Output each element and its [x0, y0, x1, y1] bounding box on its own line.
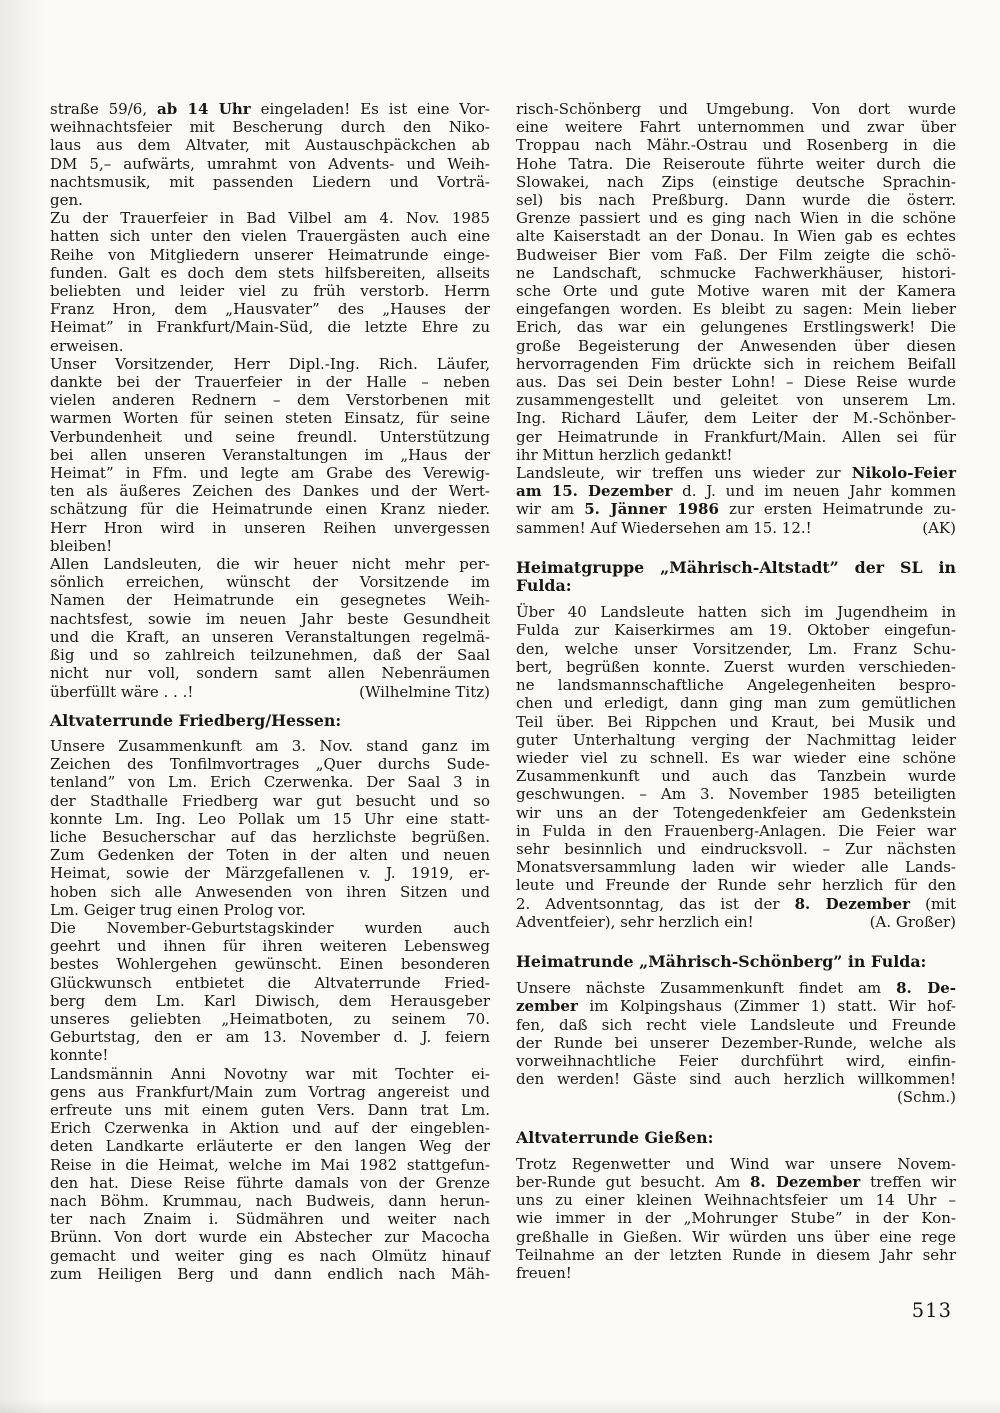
- scan-shadow-left: [0, 0, 46, 1413]
- section-heading: Heimatrunde „Mährisch-Schönberg” in Fuld…: [516, 953, 956, 971]
- text-line: Heimat” in Frankfurt/Main-Süd, die letzt…: [50, 318, 490, 336]
- text-line: nach Böhm. Krummau, nach Budweis, dann h…: [50, 1192, 490, 1210]
- text-line: sehr besinnlich und eindrucksvoll. – Zur…: [516, 840, 956, 858]
- text-line: Brünn. Von dort wurde ein Abstecher zur …: [50, 1228, 490, 1246]
- text-line: Zu der Trauerfeier in Bad Vilbel am 4. N…: [50, 209, 490, 227]
- page-number: 513: [912, 1299, 952, 1322]
- text-line: erfreute uns mit einem guten Vers. Dann …: [50, 1101, 490, 1119]
- text-line: und die Kraft, an unseren Veranstaltunge…: [50, 628, 490, 646]
- text-line: Hohe Tatra. Die Reiseroute führte weiter…: [516, 155, 956, 173]
- text-line: ger Heimatrunde in Frankfurt/Main. Allen…: [516, 428, 956, 446]
- text-line: den werden! Gäste sind auch herzlich wil…: [516, 1070, 956, 1088]
- text-line: überfüllt wäre . . .!(Wilhelmine Titz): [50, 683, 490, 701]
- text-line: Teil über. Bei Rippchen und Kraut, bei M…: [516, 713, 956, 731]
- text-line: DM 5,– aufwärts, umrahmt von Advents- un…: [50, 155, 490, 173]
- signature: (AK): [922, 519, 956, 537]
- text-line: wir am 5. Jänner 1986 zur ersten Heimatr…: [516, 500, 956, 518]
- text-line: wie immer in der „Mohrunger Stube” in de…: [516, 1209, 956, 1227]
- text-line: tenland” von Lm. Erich Czerwenka. Der Sa…: [50, 773, 490, 791]
- text-line: Trotz Regenwetter und Wind war unsere No…: [516, 1155, 956, 1173]
- text-line: Reihe von Mitgliedern unserer Heimatrund…: [50, 246, 490, 264]
- text-line: aus. Das sei Dein bester Lohn! – Diese R…: [516, 373, 956, 391]
- text-line: vielen anderen Rednern – dem Verstorbene…: [50, 391, 490, 409]
- text-line: sche Orte und gute Motive waren mit der …: [516, 282, 956, 300]
- text-line: chen und erledigt, dann ging man zum gem…: [516, 694, 956, 712]
- text-line: freuen!: [516, 1264, 956, 1282]
- text-line: gen.: [50, 191, 490, 209]
- paragraph: Unsere nächste Zusammenkunft findet am 8…: [516, 979, 956, 1106]
- paragraph: Über 40 Landsleute hatten sich im Jugend…: [516, 603, 956, 931]
- text-line: ihr Mittun herzlich gedankt!: [516, 446, 956, 464]
- text-line: Verbundenheit und seine freundl. Unterst…: [50, 428, 490, 446]
- text-line: den, welche unser Vorsitzender, Lm. Fran…: [516, 640, 956, 658]
- text-line: geschwungen. – Am 3. November 1985 betei…: [516, 785, 956, 803]
- paragraph: straße 59/6, ab 14 Uhr eingeladen! Es is…: [50, 100, 490, 209]
- text-line: Zum Gedenken der Toten in der alten und …: [50, 846, 490, 864]
- text-line: Reise in die Heimat, welche im Mai 1982 …: [50, 1156, 490, 1174]
- line-text: überfüllt wäre . . .!: [50, 683, 193, 701]
- text-line: zember im Kolpingshaus (Zimmer 1) statt.…: [516, 997, 956, 1015]
- text-line: erweisen.: [50, 337, 490, 355]
- text-line: hervorragenden Fim drückte sich in reich…: [516, 355, 956, 373]
- text-line: unseres geliebten „Heimatboten, zu seine…: [50, 1010, 490, 1028]
- text-line: Heimatgruppe „Mährisch-Altstadt” der SL …: [516, 559, 956, 577]
- text-line: greßhalle in Gießen. Wir würden uns über…: [516, 1228, 956, 1246]
- text-line: liche Besucherschar auf das herzlichste …: [50, 828, 490, 846]
- text-line: Über 40 Landsleute hatten sich im Jugend…: [516, 603, 956, 621]
- line-text: Adventfeier), sehr herzlich ein!: [516, 913, 754, 931]
- text-line: Grenze passiert und es ging nach Wien in…: [516, 209, 956, 227]
- text-line: schätzung für die Heimatrunde einen Kran…: [50, 500, 490, 518]
- text-line: ne landsmannschaftliche Angelegenheiten …: [516, 676, 956, 694]
- text-line: eingefangen worden. Es bleibt zu sagen: …: [516, 300, 956, 318]
- text-line: Geburtstag, den er am 13. November d. J.…: [50, 1028, 490, 1046]
- section-heading: Heimatgruppe „Mährisch-Altstadt” der SL …: [516, 559, 956, 595]
- text-line: Erich, das war ein gelungenes Erstlingsw…: [516, 318, 956, 336]
- text-line: der Stadthalle Friedberg war gut besucht…: [50, 792, 490, 810]
- text-line: bleiben!: [50, 537, 490, 555]
- paragraph: Allen Landsleuten, die wir heuer nicht m…: [50, 555, 490, 701]
- text-line: fen, daß sich recht viele Landsleute und…: [516, 1016, 956, 1034]
- text-line: Glückwunsch entbietet die Altvaterrunde …: [50, 974, 490, 992]
- text-line: wir uns an der Totengedenkfeier am Geden…: [516, 804, 956, 822]
- text-line: Fulda:: [516, 577, 956, 595]
- text-line: gens aus Frankfurt/Main zum Vortrag ange…: [50, 1083, 490, 1101]
- text-line: weihnachtsfeier mit Bescherung durch den…: [50, 118, 490, 136]
- paragraph: Unsere Zusammenkunft am 3. Nov. stand ga…: [50, 737, 490, 919]
- text-line: Altvaterrunde Gießen:: [516, 1129, 956, 1147]
- text-line: straße 59/6, ab 14 Uhr eingeladen! Es is…: [50, 100, 490, 118]
- text-line: laus aus dem Altvater, mit Austauschpäck…: [50, 136, 490, 154]
- text-line: Adventfeier), sehr herzlich ein!(A. Groß…: [516, 913, 956, 931]
- text-line: Zeichen des Tonfilmvortrages „Quer durch…: [50, 755, 490, 773]
- paragraph: Die November-Geburtstagskinder wurden au…: [50, 919, 490, 1065]
- paragraph: Unser Vorsitzender, Herr Dipl.-Ing. Rich…: [50, 355, 490, 555]
- text-line: bestes Wohlergehen gewünscht. Einen beso…: [50, 955, 490, 973]
- text-line: uns zu einer kleinen Weihnachtsfeier um …: [516, 1191, 956, 1209]
- text-line: guter Unterhaltung verging der Nachmitta…: [516, 731, 956, 749]
- text-line: Troppau nach Mähr.-Ostrau und Rosenberg …: [516, 136, 956, 154]
- text-line: Monatsversammlung laden wir wieder alle …: [516, 858, 956, 876]
- text-line: Herr Hron wird in unseren Reihen unverge…: [50, 519, 490, 537]
- text-line: wieder viel zu schnell. Es war wieder ei…: [516, 749, 956, 767]
- text-line: Zusammenkunft und auch das Tanzbein wurd…: [516, 767, 956, 785]
- text-line: hoben sich alle Anwesenden von ihren Sit…: [50, 883, 490, 901]
- text-line: ter nach Znaim i. Südmähren und weiter n…: [50, 1210, 490, 1228]
- text-line: (Schm.): [516, 1088, 956, 1106]
- section-heading: Altvaterrunde Gießen:: [516, 1129, 956, 1147]
- text-line: berg dem Lm. Karl Diwisch, dem Herausgeb…: [50, 992, 490, 1010]
- left-column: straße 59/6, ab 14 Uhr eingeladen! Es is…: [50, 100, 490, 1283]
- text-line: nachtsmusik, mit passenden Liedern und V…: [50, 173, 490, 191]
- text-line: Altvaterrunde Friedberg/Hessen:: [50, 712, 490, 730]
- text-line: ßig und so zahlreich teilzunehmen, daß d…: [50, 646, 490, 664]
- text-columns: straße 59/6, ab 14 Uhr eingeladen! Es is…: [50, 100, 956, 1283]
- paragraph: risch-Schönberg und Umgebung. Von dort w…: [516, 100, 956, 464]
- signature: (Schm.): [897, 1088, 956, 1106]
- text-line: zum Heiligen Berg und dann endlich nach …: [50, 1265, 490, 1283]
- text-line: vorweihnachtliche Feier durchführt wird,…: [516, 1052, 956, 1070]
- signature: (A. Großer): [870, 913, 956, 931]
- text-line: ten als äußeres Zeichen des Dankes und d…: [50, 482, 490, 500]
- text-line: Fulda zur Kaiserkirmes am 19. Oktober ei…: [516, 621, 956, 639]
- text-line: alte Kaiserstadt an der Donau. In Wien g…: [516, 227, 956, 245]
- text-line: Slowakei, nach Zips (einstige deutsche S…: [516, 173, 956, 191]
- text-line: funden. Galt es doch dem stets hilfsbere…: [50, 264, 490, 282]
- text-line: bert, begrüßen konnte. Zuerst wurden ver…: [516, 658, 956, 676]
- scan-shadow-bottom: [0, 1399, 1000, 1413]
- text-line: Unser Vorsitzender, Herr Dipl.-Ing. Rich…: [50, 355, 490, 373]
- text-line: den hat. Diese Reise führte damals von d…: [50, 1174, 490, 1192]
- text-line: Budweiser Bier vom Faß. Der Film zeigte …: [516, 246, 956, 264]
- text-line: nachtsfest, sowie im neuen Jahr beste Ge…: [50, 610, 490, 628]
- text-line: Unsere nächste Zusammenkunft findet am 8…: [516, 979, 956, 997]
- text-line: leute und Freunde der Runde sehr herzlic…: [516, 876, 956, 894]
- paragraph: Trotz Regenwetter und Wind war unsere No…: [516, 1155, 956, 1282]
- text-line: Ing. Richard Läufer, dem Leiter der M.-S…: [516, 409, 956, 427]
- text-line: gemacht und weiter ging es nach Olmütz h…: [50, 1247, 490, 1265]
- text-line: der Runde bei unserer Dezember-Runde, we…: [516, 1034, 956, 1052]
- text-line: nicht nur voll, sondern samt allen Neben…: [50, 664, 490, 682]
- text-line: sel) bis nach Preßburg. Dann wurde die ö…: [516, 191, 956, 209]
- text-line: am 15. Dezember d. J. und im neuen Jahr …: [516, 482, 956, 500]
- paragraph: Landsleute, wir treffen uns wieder zur N…: [516, 464, 956, 537]
- text-line: Allen Landsleuten, die wir heuer nicht m…: [50, 555, 490, 573]
- text-line: in Fulda in den Frauenberg-Anlagen. Die …: [516, 822, 956, 840]
- text-line: Heimatrunde „Mährisch-Schönberg” in Fuld…: [516, 953, 956, 971]
- text-line: Die November-Geburtstagskinder wurden au…: [50, 919, 490, 937]
- text-line: Erich Czerwenka in Aktion und auf der ei…: [50, 1119, 490, 1137]
- text-line: Teilnahme an der letzten Runde in diesem…: [516, 1246, 956, 1264]
- text-line: Unsere Zusammenkunft am 3. Nov. stand ga…: [50, 737, 490, 755]
- text-line: geehrt und ihnen für ihren weiteren Lebe…: [50, 937, 490, 955]
- section-heading: Altvaterrunde Friedberg/Hessen:: [50, 712, 490, 730]
- text-line: deten Landkarte erläuterte er den langen…: [50, 1137, 490, 1155]
- text-line: warmen Worten für seinen steten Einsatz,…: [50, 409, 490, 427]
- text-line: hatten sich unter den vielen Trauergäste…: [50, 227, 490, 245]
- line-text: sammen! Auf Wiedersehen am 15. 12.!: [516, 519, 812, 537]
- text-line: Heimat” in Ffm. und legte am Grabe des V…: [50, 464, 490, 482]
- text-line: konnte Lm. Ing. Leo Pollak um 15 Uhr ein…: [50, 810, 490, 828]
- text-line: sönlich erreichen, wünscht der Vorsitzen…: [50, 573, 490, 591]
- text-line: eine weitere Fahrt unternommen und zwar …: [516, 118, 956, 136]
- text-line: Namen der Heimatrunde ein gesegnetes Wei…: [50, 591, 490, 609]
- text-line: Franz Hron, dem „Hausvater” des „Hauses …: [50, 300, 490, 318]
- text-line: zusammengestellt und geleitet von unsere…: [516, 391, 956, 409]
- text-line: Landsmännin Anni Novotny war mit Tochter…: [50, 1065, 490, 1083]
- text-line: risch-Schönberg und Umgebung. Von dort w…: [516, 100, 956, 118]
- signature: (Wilhelmine Titz): [359, 683, 490, 701]
- text-line: konnte!: [50, 1046, 490, 1064]
- text-line: sammen! Auf Wiedersehen am 15. 12.!(AK): [516, 519, 956, 537]
- text-line: Lm. Geiger trug einen Prolog vor.: [50, 901, 490, 919]
- text-line: 2. Adventsonntag, das ist der 8. Dezembe…: [516, 895, 956, 913]
- paragraph: Zu der Trauerfeier in Bad Vilbel am 4. N…: [50, 209, 490, 355]
- paragraph: Landsmännin Anni Novotny war mit Tochter…: [50, 1065, 490, 1283]
- document-page: straße 59/6, ab 14 Uhr eingeladen! Es is…: [0, 0, 1000, 1413]
- text-line: dankte bei der Trauerfeier in der Halle …: [50, 373, 490, 391]
- text-line: bei allen unseren Veranstaltungen im „Ha…: [50, 446, 490, 464]
- text-line: beliebten und leider viel zu früh versto…: [50, 282, 490, 300]
- text-line: ne Landschaft, schmucke Fachwerkhäuser, …: [516, 264, 956, 282]
- text-line: ber-Runde gut besucht. Am 8. Dezember tr…: [516, 1173, 956, 1191]
- text-line: Heimat, sowie der Märzgefallenen v. J. 1…: [50, 864, 490, 882]
- text-line: Landsleute, wir treffen uns wieder zur N…: [516, 464, 956, 482]
- right-column: risch-Schönberg und Umgebung. Von dort w…: [516, 100, 956, 1283]
- text-line: große Begeisterung der Anwesenden über d…: [516, 337, 956, 355]
